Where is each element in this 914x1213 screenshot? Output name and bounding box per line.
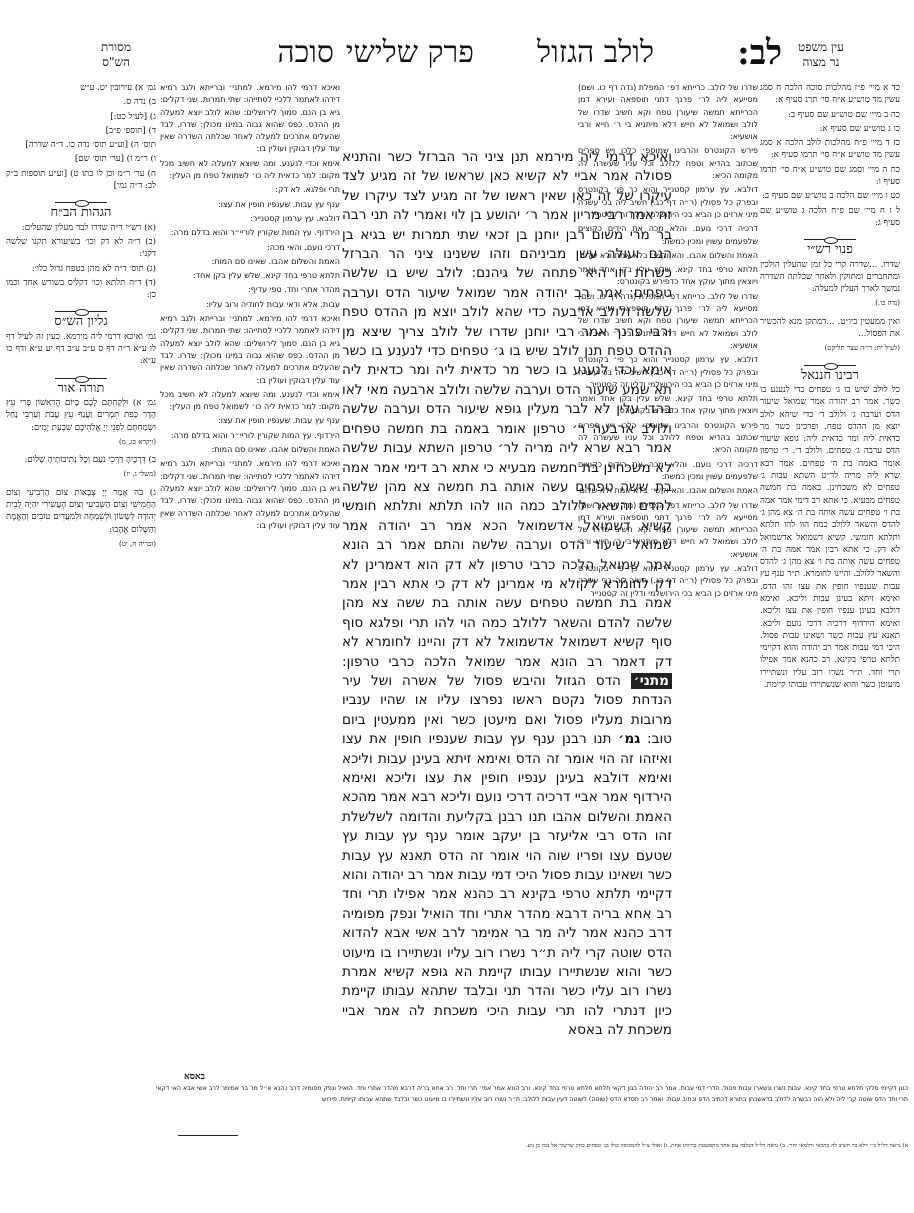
tosafot-section: דרכי נועם. והאי מכה: <box>160 242 340 254</box>
tosafot-section: הירדוף. עץ המות שקורין לוריי״ר והוא בדלם… <box>160 227 340 239</box>
catchword: באסא <box>184 1071 205 1082</box>
bottom-commentary: כגון דקיימי סלקי תלתא טרפי בחד קינא. עבו… <box>156 1083 908 1105</box>
rabbeinu-chananel-title: רבינו חננאל <box>760 370 900 382</box>
perushei-rashi-entry: ואין ממעטין ביו״ט. ...דמתקן מנא להכשיר א… <box>760 316 900 341</box>
footnote-divider <box>178 1135 238 1136</box>
ein-mishpat-entry: כו ג טוש״ע שם סעיף א: <box>760 123 900 135</box>
footnotes: א) נראה דל״ל כ״י דלא כר חשיב לה בדמאי ור… <box>156 1142 908 1151</box>
tosafot-section: תלתא טרפי בחד קינא. שלש עלין בקן אחד: <box>160 270 340 282</box>
torah-or-source: (משלי ג, יז) <box>6 468 156 480</box>
perushei-rashi-entry: שדרו. ...שדרה קרי כל זמן שהעלין הולכין ו… <box>760 259 900 296</box>
torah-or-title: תורה אור <box>6 383 156 395</box>
ein-mishpat-entry: כט ו מיי׳ שם הלכה ב טוש״ע שם סעיף ב: <box>760 190 900 202</box>
mesoret-entry: ו) ר״מ ז) [ער׳ תוס׳ שם] <box>6 153 156 165</box>
tosafot-section: מהדר אתרי וחד. טפי עדיף: <box>160 284 340 296</box>
gemara-paragraph: ואיכא דרמי ליה מירמא תנן ציני הר הברזל כ… <box>342 149 672 281</box>
tosafot-section: ענף עץ עבות. שענפיו חופין את עצו: <box>160 199 340 211</box>
tosafot-top: ואיכא דרמי להו מירמא. למתני׳ וברייתא ולג… <box>160 458 340 532</box>
gilyon-hashas-text: גמ׳ ואיכא דרמי ליה מירמא. כעין זה לעיל ד… <box>6 331 156 368</box>
page-header: עין משפט נר מצוה לב: לולב הגזול פרק שליש… <box>0 34 914 74</box>
ein-mishpat-heading: עין משפט נר מצוה <box>776 40 866 70</box>
hagahot-entry: (ד) ד״ה תלתא וכו׳ דקליס בשורש אחד וכמו כ… <box>6 277 156 302</box>
tosafot-section: אימא וכדי לנענע. ומה שיוצא למעלה לא חשיב… <box>160 158 340 183</box>
tosafot-section: אימא וכדי לנענע. ומה שיוצא למעלה לא חשיב… <box>160 389 340 414</box>
ornament-divider-icon <box>804 239 856 240</box>
gemara-label: גמ׳ <box>618 731 640 747</box>
mesoret-column: גמ׳ א) עירובין יט. ע״ש ב) נדה ס. ג) [לעי… <box>6 82 156 1082</box>
torah-or-verse: ב) דְּרָכֶיהָ דַרְכֵי נֹעַם וְכָל נְתִיב… <box>6 454 156 466</box>
hagahot-entry: (ג) תוס׳ ד״ה לא מהן בטפח גדול כלו׳: <box>6 263 156 275</box>
hagahot-entry: (ב) ד״ה לא דק וכו׳ בשיעורא תקנו שלשה דקנ… <box>6 236 156 261</box>
tosafot-section: עבות. אלא ודאי עבות לחודיה ורוב עליו: <box>160 299 340 311</box>
mishna-label: מתני׳ <box>631 673 672 689</box>
hagahot-entry: (א) רש״י ד״ה שדרו לבד מעלין שהעלים: <box>6 222 156 234</box>
chapter-name: לולב הגזול <box>537 36 654 70</box>
hagahot-habach-title: הגהות הב״ח <box>6 207 156 219</box>
talmud-page: עין משפט נר מצוה לב: לולב הגזול פרק שליש… <box>0 0 914 1213</box>
perushei-rashi-source: (לעיל יח: רי״ה עצר תליקט) <box>760 342 900 354</box>
tosafot-section: דולבא. עץ ערמון קסטנייר: <box>160 213 340 225</box>
torah-or-verse: ג) כֹּה אָמַר יְיָ צְבָאוֹת צוֹם הָרְבִי… <box>6 487 156 536</box>
mesoret-entry: ג) [לעיל כט:] <box>6 111 156 123</box>
gemara-paragraph: תנו רבנן ענף עץ עבות שענפיו חופין את עצו… <box>342 731 672 1038</box>
chapter-number: פרק שלישי <box>346 36 474 70</box>
ein-mishpat-entry: ל ז ח מיי׳ שם פ״ח הלכה ג טוש״ע שם סעיף ג… <box>760 205 900 230</box>
tractate-name: סוכה <box>277 36 334 70</box>
ein-mishpat-entry: כח ה מיי׳ וסמג שם טוש״ע א״ח סי׳ תרמו סעי… <box>760 164 900 189</box>
mesoret-entry: ב) נדה ס. <box>6 96 156 108</box>
ornament-divider-icon <box>804 365 856 366</box>
mesoret-entry: ד) [תוספ׳ פ״ב] <box>6 125 156 137</box>
ein-mishpat-column: כד א מיי׳ פ״ז מהלכות סוכה הלכה ח סמג עשי… <box>760 82 900 1082</box>
tosafot-section: הירדוף. עץ המות שקורין לוריי״ר והוא בדלם… <box>160 430 340 442</box>
gemara-text: ואיכא דרמי ליה מירמא תנן ציני הר הברזל כ… <box>342 148 672 1028</box>
mesoret-entry: תוס׳ ה) [וע״ע תוס׳ נדה כו. ד״ה שדרה] <box>6 139 156 151</box>
ornament-divider-icon <box>55 202 107 203</box>
tosafot-top: ואיכא דרמי להו מירמא. למתני׳ וברייתא ולג… <box>160 313 340 387</box>
ornament-divider-icon <box>55 311 107 312</box>
ein-mishpat-entry: כה ב מיי׳ שם טוש״ע שם סעיף ב: <box>760 109 900 121</box>
torah-or-source: (ויקרא כג, מ) <box>6 436 156 448</box>
mesoret-heading: מסורת הש"ס <box>86 40 146 70</box>
torah-or-verse: גמ׳ א) וּלְקַחְתֶּם לָכֶם בַּיּוֹם הָרִא… <box>6 397 156 434</box>
tosafot-section: האמת והשלום אהבו. שאינו סם המות: <box>160 256 340 268</box>
tosafot-section: האמת והשלום אהבו. שאינו סם המות: <box>160 444 340 456</box>
tosafot-section: תרי ופלגא. לא דק: <box>160 184 340 196</box>
ein-mishpat-entry: כז ד מיי׳ פ״ח מהלכות לולב הלכה א סמג עשי… <box>760 137 900 162</box>
daf-number: לב: <box>737 34 782 72</box>
gilyon-hashas-title: גליון הש״ס <box>6 316 156 328</box>
perushei-rashi-source: (נדה כו.) <box>760 297 900 309</box>
mesoret-entry: ח) ער׳ ר״מ וכן לו כתו ט) [וע״ע תוספות ב״… <box>6 168 156 193</box>
rashi-section: שדרו של לולב. כרייתא דפ׳ המפלת (נדה דף כ… <box>578 82 758 143</box>
perushei-rashi-title: פנוי רש״י <box>760 244 900 256</box>
mesoret-entry: גמ׳ א) עירובין יט. ע״ש <box>6 82 156 94</box>
ein-mishpat-entry: כד א מיי׳ פ״ז מהלכות סוכה הלכה ח סמג עשי… <box>760 82 900 107</box>
gemara-paragraph: לולב שיש בו שלשה טפחים: אמר רב יהודה אמר… <box>342 265 672 669</box>
torah-or-source: (זכריה ח, יט) <box>6 538 156 550</box>
tosafot-commentary: ואיכא דרמי להו מירמא. למתני׳ וברייתא ולג… <box>160 82 340 1082</box>
tosafot-section: ענף עץ עבות. שענפיו חופין את עצו: <box>160 415 340 427</box>
tosafot-top: ואיכא דרמי להו מירמא. למתני׳ וברייתא ולג… <box>160 82 340 156</box>
rabbeinu-chananel-text: כל לולב שיש בו ג׳ טפחים כדי לנענע בו כשר… <box>760 384 900 691</box>
ornament-divider-icon <box>55 378 107 379</box>
